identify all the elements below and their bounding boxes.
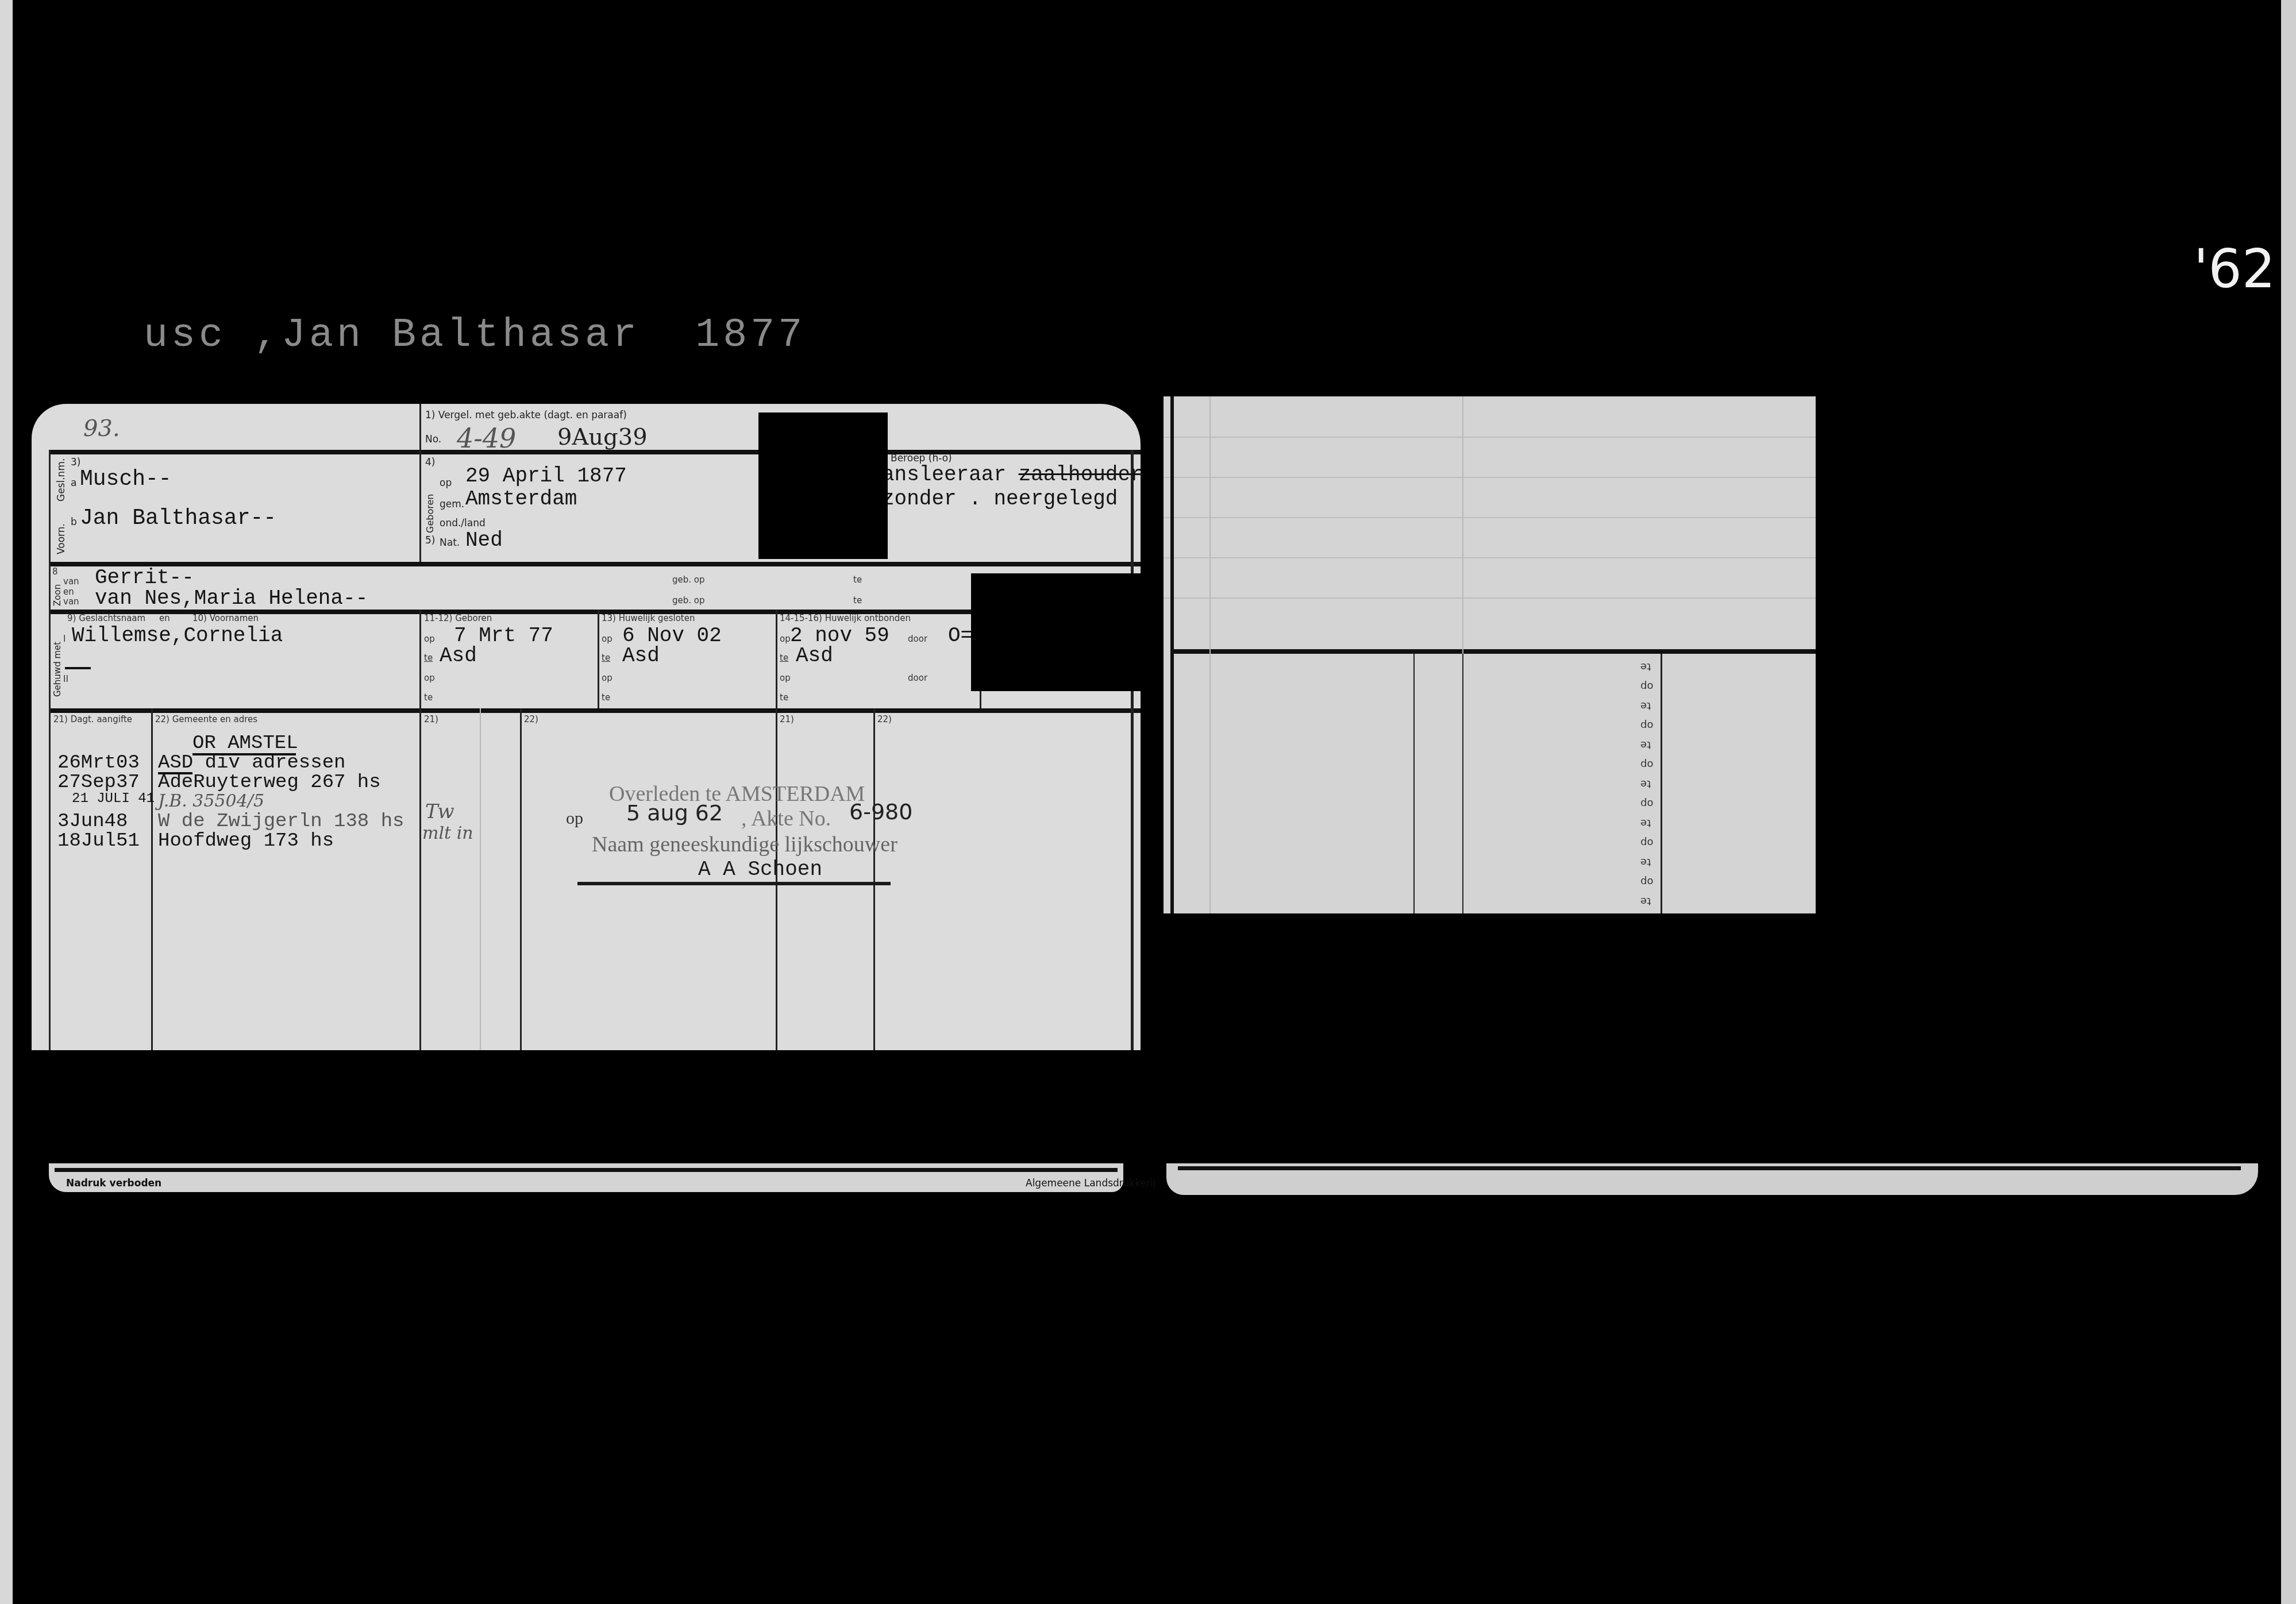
flipped-label: op: [1640, 680, 1653, 692]
residence-date: 26Mrt03: [57, 752, 140, 774]
te-label: te: [853, 574, 862, 585]
gem-label: gem.: [440, 499, 464, 510]
separator-dash: [65, 667, 91, 669]
handwritten-note: Tw: [425, 800, 454, 823]
reverse-card-bottom-strip: [1166, 1163, 2258, 1195]
divider: [520, 708, 522, 1050]
mother-name: van Nes,Maria Helena--: [95, 587, 368, 610]
divider: [873, 708, 875, 1050]
death-stamp-line-3: Naam geneeskundige lijkschouwer: [592, 832, 897, 857]
film-edge-left: [0, 0, 13, 1604]
birth-cert-number: 4-49: [457, 423, 516, 454]
flipped-label: op: [1640, 719, 1653, 731]
birth-cert-date: 9Aug39: [557, 424, 648, 450]
flipped-label: te: [1640, 700, 1651, 712]
divider: [49, 562, 1141, 566]
divider: [1661, 654, 1662, 913]
op-label: op: [780, 673, 791, 683]
corner-mark: 93.: [83, 415, 120, 442]
residence-date: 27Sep37: [57, 772, 140, 793]
residence-date: 18Jul51: [57, 830, 140, 852]
dissolved-header: 14-15-16) Huwelijk ontbonden: [780, 613, 911, 623]
doctor-name: A A Schoen: [698, 858, 822, 881]
spouse-birth-place: Asd: [440, 644, 477, 668]
death-stamp-op-label: op: [566, 809, 583, 828]
occupation-line-1: ansleeraar zaalhouder: [882, 463, 1143, 487]
op-label: op: [602, 673, 612, 683]
film-header-title: usc ,Jan Balthasar 1877: [144, 313, 806, 358]
divider: [49, 450, 1141, 454]
married-vertical-label: Gehuwd met: [52, 642, 63, 697]
residence-col-header: 22): [877, 714, 892, 724]
divider: [1462, 654, 1463, 913]
ond-land-label: ond./land: [440, 518, 486, 529]
nat-label: Nat.: [440, 537, 460, 549]
surname-header: 9) Geslachtsnaam: [67, 613, 145, 623]
spouse-name: Willemse,Cornelia: [72, 624, 283, 647]
op-label: op: [424, 634, 435, 644]
father-name: Gerrit--: [95, 566, 194, 589]
occupation-line-2: zonder . neergelegd: [882, 487, 1118, 511]
divider: [1172, 649, 1816, 654]
residence-col-header: 21): [780, 714, 794, 724]
redaction-band: [1143, 913, 2263, 1163]
redaction-box: [758, 412, 888, 559]
occupation-text: neergelegd: [993, 487, 1118, 511]
divider: [1131, 450, 1134, 1050]
residence-address: J.B. 35504/5: [158, 791, 264, 811]
guide-line: [480, 708, 481, 1050]
film-edge-right: [2281, 0, 2296, 1604]
residence-address: W de Zwijgerln 138 hs: [158, 811, 404, 832]
no-label: No.: [425, 434, 441, 445]
marriage-place: Asd: [622, 644, 660, 668]
frame-number: '62: [2194, 238, 2275, 300]
op-label: op: [424, 673, 435, 683]
divider: [151, 708, 153, 1050]
en-label: en: [63, 587, 74, 597]
divider: [49, 708, 1141, 713]
redaction-box: [971, 573, 1149, 691]
residence-col-date-header: 21) Dagt. aangifte: [53, 714, 132, 724]
marker-i: I: [63, 634, 66, 644]
flipped-label: te: [1640, 817, 1651, 829]
te-label: te: [424, 692, 433, 703]
residence-address: Hoofdweg 173 hs: [158, 830, 334, 852]
op-label: op: [440, 477, 452, 489]
flipped-label: op: [1640, 876, 1653, 888]
te-label: te: [602, 692, 610, 703]
residence-col-address-header: 22) Gemeente en adres: [155, 714, 257, 724]
te-label: te: [780, 692, 788, 703]
ruled-line: [1164, 557, 1816, 558]
footer-left-text: Nadruk verboden: [66, 1178, 161, 1189]
residence-address: AdeRuyterweg 267 hs: [158, 772, 381, 793]
born-header: 11-12) Geboren: [424, 613, 492, 623]
given-vertical-label: Voorn.: [56, 523, 67, 554]
given-names: Jan Balthasar--: [80, 506, 276, 531]
footer-right-text: Algemeene Landsdrukkerij: [1026, 1178, 1156, 1189]
card-bottom-strip: Nadruk verboden Algemeene Landsdrukkerij: [49, 1163, 1123, 1192]
married-header: 13) Huwelijk gesloten: [602, 613, 695, 623]
divider: [1413, 654, 1415, 913]
dissolution-place: Asd: [796, 644, 833, 668]
op-label: op: [780, 634, 791, 644]
divider: [1178, 1166, 2241, 1170]
flipped-label: op: [1640, 797, 1653, 809]
residence-date: 3Jun48: [57, 811, 128, 832]
occupation-label: Beroep (h-o): [891, 453, 952, 464]
akte-label: , Akte No.: [741, 806, 831, 831]
flipped-label: op: [1640, 758, 1653, 770]
ruled-line: [1164, 477, 1816, 478]
flipped-label: te: [1640, 661, 1651, 673]
birth-date: 29 April 1877: [465, 464, 627, 488]
field-number: 4): [425, 457, 435, 468]
divider: [419, 610, 421, 1050]
ruled-line: [1164, 597, 1816, 599]
residence-date: 21 JULI 41: [72, 791, 155, 807]
flipped-label: te: [1640, 895, 1651, 907]
divider: [49, 450, 51, 1050]
underline: [158, 772, 192, 774]
ruled-line: [1164, 517, 1816, 518]
op-label: op: [602, 634, 612, 644]
divider: [1170, 396, 1174, 913]
redaction-band: [13, 1050, 1147, 1162]
occupation-struck-text: zaalhouder: [1019, 463, 1143, 487]
handwritten-note: mlt in: [422, 823, 473, 843]
ruled-line: [1164, 437, 1816, 438]
geb-op-label: geb. op: [672, 574, 705, 585]
van-label: van: [63, 596, 79, 607]
son-vertical-label: Zoon: [52, 584, 63, 606]
person-record-card: 93. 1) Vergel. met geb.akte (dagt. en pa…: [32, 404, 1141, 1050]
te-label: te: [780, 653, 788, 663]
van-label: van: [63, 576, 79, 587]
te-label: te: [853, 595, 862, 606]
occupation-text: zonder: [882, 487, 957, 511]
geb-op-label: geb. op: [672, 595, 705, 606]
field-number: 5): [425, 535, 435, 546]
surname: Musch--: [80, 467, 172, 492]
field-number: 3): [71, 457, 80, 468]
field-label-birth-cert: 1) Vergel. met geb.akte (dagt. en paraaf…: [425, 410, 627, 421]
en-header: en: [159, 613, 170, 623]
divider: [55, 1168, 1118, 1172]
surname-vertical-label: Gesl.nm.: [56, 458, 67, 502]
marker-a: a: [71, 477, 76, 489]
field-number: 8: [52, 566, 58, 577]
divider: [598, 610, 599, 708]
residence-address: OR AMSTEL: [192, 732, 298, 754]
stamp-underline: [577, 882, 891, 885]
nationality: Ned: [465, 529, 503, 552]
death-date: 5 aug 62: [626, 800, 723, 826]
flipped-label: op: [1640, 836, 1653, 849]
dissolved-by: O=: [948, 624, 973, 647]
occupation-text: ansleeraar: [882, 463, 1019, 487]
residence-col-header: 22): [524, 714, 538, 724]
given-header: 10) Voornamen: [192, 613, 259, 623]
door-label: door: [908, 673, 927, 683]
marker-ii: II: [63, 674, 68, 684]
flipped-label: te: [1640, 778, 1651, 790]
door-label: door: [908, 634, 927, 644]
guide-line: [1209, 396, 1211, 913]
flipped-label: te: [1640, 856, 1651, 868]
death-akte-number: 6-980: [849, 799, 912, 824]
te-label: te: [424, 653, 433, 663]
birth-place: Amsterdam: [465, 487, 577, 511]
divider: [419, 404, 421, 562]
underline: [192, 753, 296, 755]
born-vertical-label: Geboren: [425, 494, 436, 533]
flipped-label: te: [1640, 739, 1651, 751]
marker-b: b: [71, 516, 77, 528]
residence-col-header: 21): [424, 714, 438, 724]
reverse-card: teopteopteopteopteopteopte: [1164, 396, 1816, 913]
te-label: te: [602, 653, 610, 663]
